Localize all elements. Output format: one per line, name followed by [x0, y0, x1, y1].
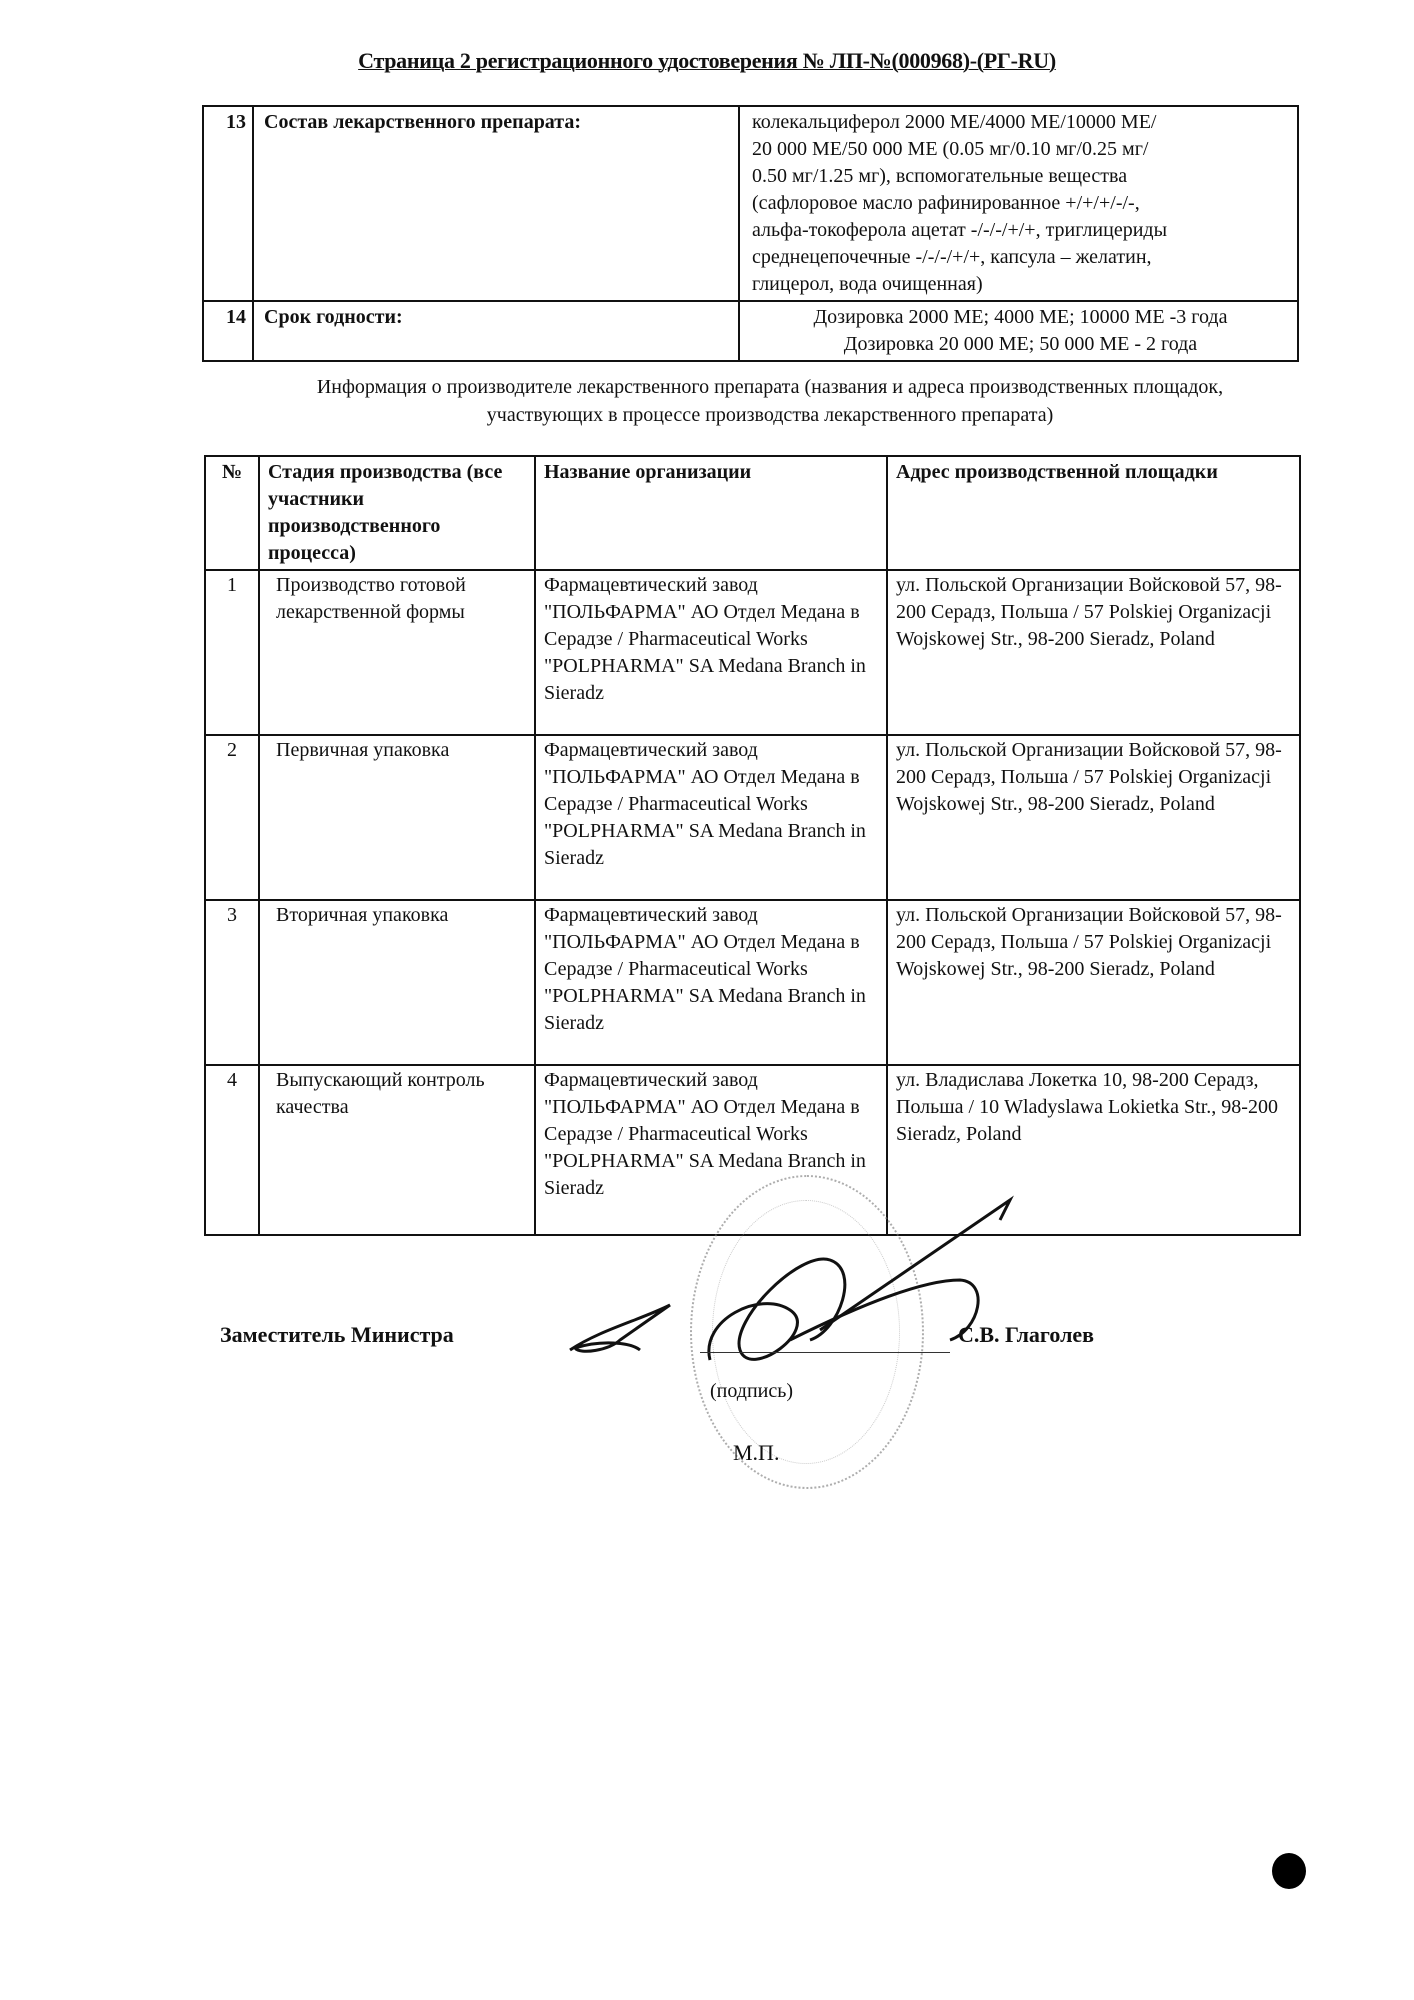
organization-cell: Фармацевтический завод "ПОЛЬФАРМА" АО От…	[535, 570, 887, 735]
value-line: 20 000 МЕ/50 000 МЕ (0.05 мг/0.10 мг/0.2…	[752, 136, 1289, 163]
organization-cell: Фармацевтический завод "ПОЛЬФАРМА" АО От…	[535, 735, 887, 900]
column-header-organization: Название организации	[535, 456, 887, 570]
signature-caption: (подпись)	[710, 1380, 793, 1403]
stage-cell: Первичная упаковка	[259, 735, 535, 900]
row-number: 13	[203, 106, 253, 301]
manufacturer-table: № Стадия производства (все участники про…	[204, 455, 1301, 1236]
table-header-row: № Стадия производства (все участники про…	[205, 456, 1300, 570]
stage-cell: Выпускающий контроль качества	[259, 1065, 535, 1235]
row-number: 2	[205, 735, 259, 900]
value-line: среднецепочечные -/-/-/+/+, капсула – же…	[752, 244, 1289, 271]
value-line: глицерол, вода очищенная)	[752, 271, 1289, 298]
intro-line: Информация о производителе лекарственног…	[210, 373, 1330, 401]
shelf-life-label: Срок годности:	[253, 301, 739, 361]
signatory-name: С.В. Глаголев	[958, 1322, 1094, 1348]
properties-table: 13 Состав лекарственного препарата: коле…	[202, 105, 1299, 362]
address-cell: ул. Польской Организации Войсковой 57, 9…	[887, 735, 1300, 900]
seal-mark-label: М.П.	[733, 1440, 779, 1466]
row-number: 1	[205, 570, 259, 735]
column-header-stage: Стадия производства (все участники произ…	[259, 456, 535, 570]
table-row: 1 Производство готовой лекарственной фор…	[205, 570, 1300, 735]
column-header-address: Адрес производственной площадки	[887, 456, 1300, 570]
punch-hole-dot-icon	[1272, 1853, 1306, 1889]
table-row: 13 Состав лекарственного препарата: коле…	[203, 106, 1298, 301]
table-row: 14 Срок годности: Дозировка 2000 МЕ; 400…	[203, 301, 1298, 361]
stage-cell: Производство готовой лекарственной формы	[259, 570, 535, 735]
value-line: колекальциферол 2000 МЕ/4000 МЕ/10000 МЕ…	[752, 109, 1289, 136]
signatory-title: Заместитель Министра	[220, 1322, 454, 1348]
address-cell: ул. Польской Организации Войсковой 57, 9…	[887, 570, 1300, 735]
composition-value: колекальциферол 2000 МЕ/4000 МЕ/10000 МЕ…	[739, 106, 1298, 301]
table-row: 3 Вторичная упаковка Фармацевтический за…	[205, 900, 1300, 1065]
organization-cell: Фармацевтический завод "ПОЛЬФАРМА" АО От…	[535, 900, 887, 1065]
table-row: 2 Первичная упаковка Фармацевтический за…	[205, 735, 1300, 900]
column-header-number: №	[205, 456, 259, 570]
value-line: Дозировка 2000 МЕ; 4000 МЕ; 10000 МЕ -3 …	[752, 304, 1289, 331]
manufacturer-intro: Информация о производителе лекарственног…	[210, 373, 1330, 429]
signature-line	[700, 1352, 950, 1353]
value-line: Дозировка 20 000 МЕ; 50 000 МЕ - 2 года	[752, 331, 1289, 358]
row-number: 3	[205, 900, 259, 1065]
value-line: альфа-токоферола ацетат -/-/-/+/+, тригл…	[752, 217, 1289, 244]
address-cell: ул. Польской Организации Войсковой 57, 9…	[887, 900, 1300, 1065]
value-line: (сафлоровое масло рафинированное +/+/+/-…	[752, 190, 1289, 217]
page-header: Страница 2 регистрационного удостоверени…	[0, 48, 1414, 74]
row-number: 4	[205, 1065, 259, 1235]
row-number: 14	[203, 301, 253, 361]
shelf-life-value: Дозировка 2000 МЕ; 4000 МЕ; 10000 МЕ -3 …	[739, 301, 1298, 361]
value-line: 0.50 мг/1.25 мг), вспомогательные вещест…	[752, 163, 1289, 190]
composition-label: Состав лекарственного препарата:	[253, 106, 739, 301]
stage-cell: Вторичная упаковка	[259, 900, 535, 1065]
intro-line: участвующих в процессе производства лека…	[210, 401, 1330, 429]
